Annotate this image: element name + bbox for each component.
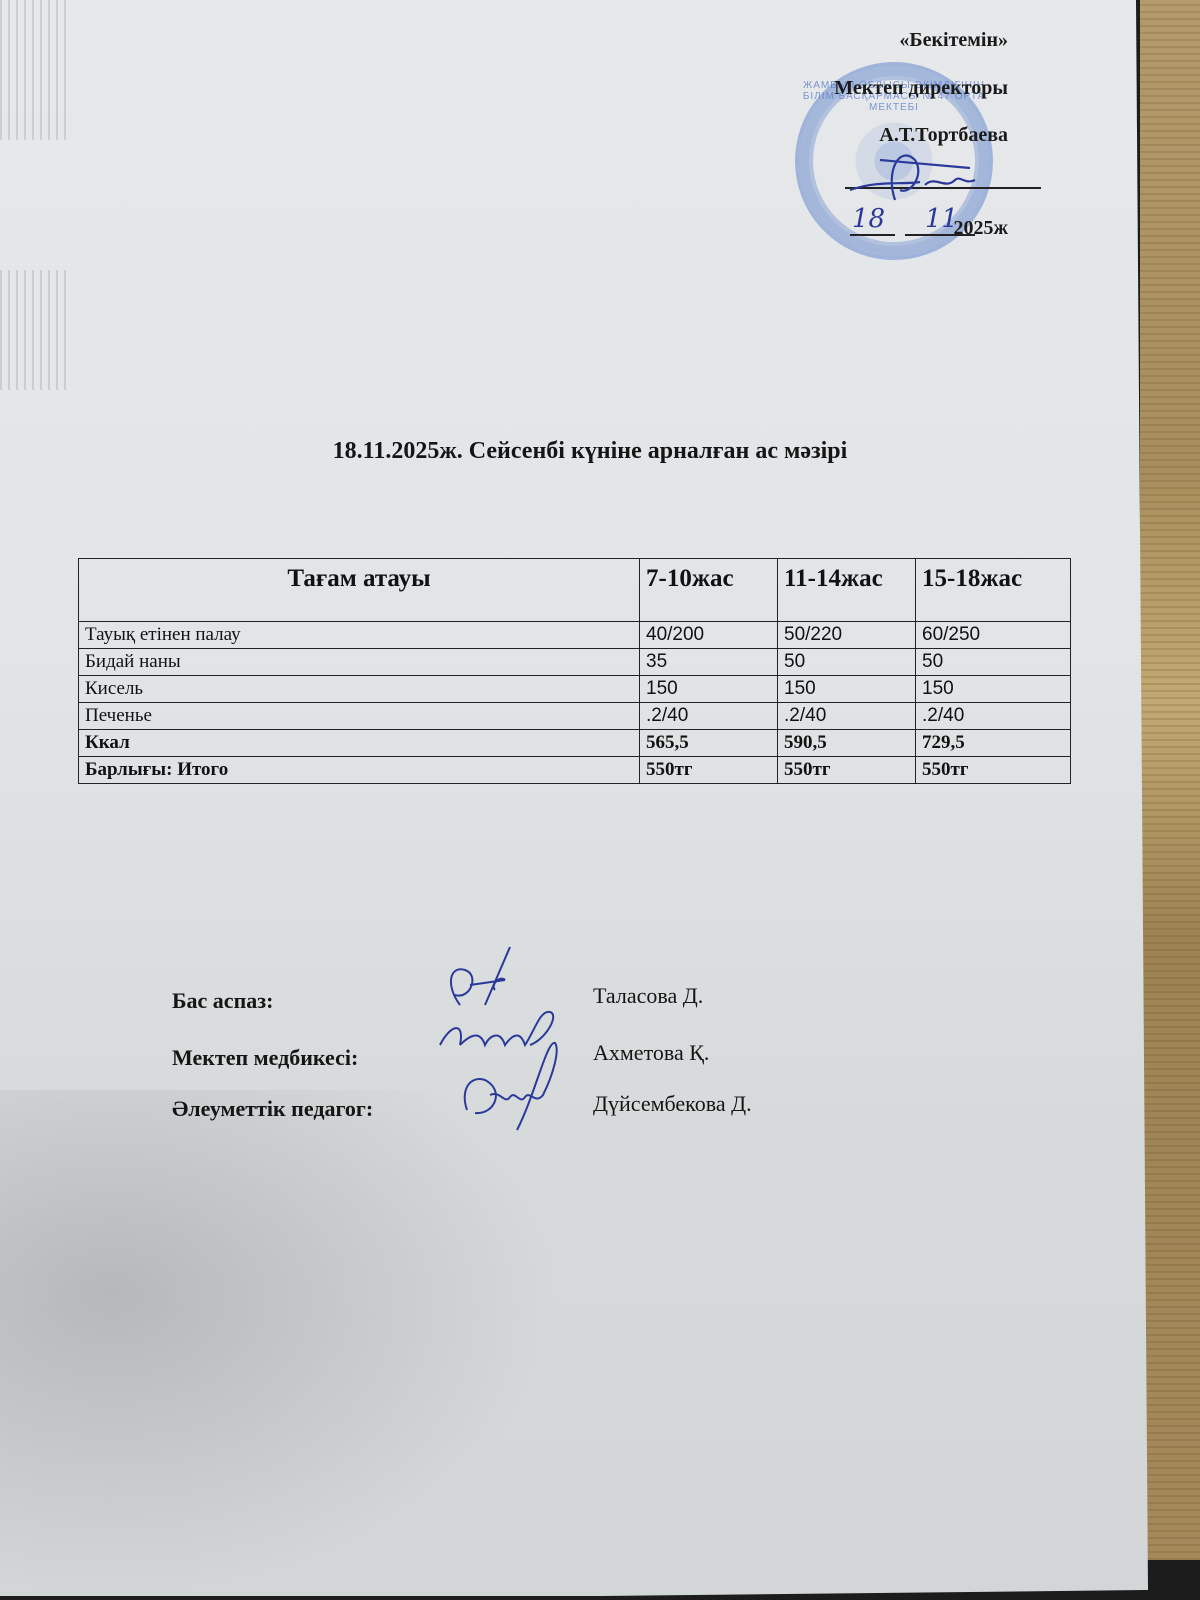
approval-heading: «Бекітемін» bbox=[899, 30, 1008, 50]
dish-name: Тауық етінен палау bbox=[79, 622, 640, 649]
dish-name: Печенье bbox=[79, 703, 640, 730]
kcal-15-18: 729,5 bbox=[916, 730, 1071, 757]
nurse-name: Ахметова Қ. bbox=[593, 1040, 709, 1066]
dish-name: Бидай наны bbox=[79, 649, 640, 676]
table-row-kcal: Ккал 565,5 590,5 729,5 bbox=[79, 730, 1071, 757]
signatory-school-nurse: Мектеп медбикесі: bbox=[172, 1045, 358, 1071]
table-row-total: Барлығы: Итого 550тг 550тг 550тг bbox=[79, 757, 1071, 784]
date-day: 18 bbox=[852, 204, 885, 234]
approver-position: Мектеп директоры bbox=[834, 78, 1008, 98]
portion-7-10: 150 bbox=[640, 676, 778, 703]
director-signature-icon bbox=[840, 140, 980, 210]
pedagogue-name: Дүйсембекова Д. bbox=[593, 1091, 752, 1117]
signatory-role: Бас аспаз: bbox=[172, 988, 273, 1013]
table-row: Бидай наны 35 50 50 bbox=[79, 649, 1071, 676]
portion-15-18: 150 bbox=[916, 676, 1071, 703]
page-title: 18.11.2025ж. Сейсенбі күніне арналған ас… bbox=[0, 438, 1180, 465]
table-header-row: Тағам атауы 7-10жас 11-14жас 15-18жас bbox=[79, 559, 1071, 622]
date-day-line bbox=[850, 234, 895, 236]
kcal-11-14: 590,5 bbox=[778, 730, 916, 757]
pedagogue-signature-icon bbox=[455, 1035, 575, 1135]
portion-7-10: .2/40 bbox=[640, 703, 778, 730]
portion-11-14: .2/40 bbox=[778, 703, 916, 730]
portion-15-18: 60/250 bbox=[916, 622, 1071, 649]
desk-surface bbox=[1140, 0, 1200, 1560]
portion-15-18: .2/40 bbox=[916, 703, 1071, 730]
signatory-social-pedagogue: Әлеуметтік педагог: bbox=[172, 1096, 373, 1122]
kcal-label: Ккал bbox=[79, 730, 640, 757]
scan-streak bbox=[0, 0, 70, 140]
signatory-head-cook: Бас аспаз: bbox=[172, 988, 273, 1014]
price-11-14: 550тг bbox=[778, 757, 916, 784]
portion-11-14: 150 bbox=[778, 676, 916, 703]
column-header-age-7-10: 7-10жас bbox=[640, 559, 778, 622]
column-header-age-15-18: 15-18жас bbox=[916, 559, 1071, 622]
table-row: Кисель 150 150 150 bbox=[79, 676, 1071, 703]
portion-7-10: 40/200 bbox=[640, 622, 778, 649]
price-15-18: 550тг bbox=[916, 757, 1071, 784]
document-page: ЖАМБЫЛ ОБЛЫСЫ ӘКІМДІГІНІҢ БІЛІМ БАСҚАРМА… bbox=[0, 0, 1148, 1596]
menu-table: Тағам атауы 7-10жас 11-14жас 15-18жас Та… bbox=[78, 558, 1071, 784]
portion-15-18: 50 bbox=[916, 649, 1071, 676]
price-7-10: 550тг bbox=[640, 757, 778, 784]
portion-11-14: 50/220 bbox=[778, 622, 916, 649]
total-label: Барлығы: Итого bbox=[79, 757, 640, 784]
table-row: Печенье .2/40 .2/40 .2/40 bbox=[79, 703, 1071, 730]
date-year: 2025ж bbox=[953, 218, 1008, 238]
portion-7-10: 35 bbox=[640, 649, 778, 676]
portion-11-14: 50 bbox=[778, 649, 916, 676]
column-header-age-11-14: 11-14жас bbox=[778, 559, 916, 622]
signatory-role: Мектеп медбикесі: bbox=[172, 1045, 358, 1070]
signatory-role: Әлеуметтік педагог: bbox=[172, 1096, 373, 1121]
table-row: Тауық етінен палау 40/200 50/220 60/250 bbox=[79, 622, 1071, 649]
shadow bbox=[0, 1090, 560, 1600]
kcal-7-10: 565,5 bbox=[640, 730, 778, 757]
head-cook-name: Таласова Д. bbox=[593, 983, 703, 1009]
scan-streak bbox=[0, 270, 70, 390]
column-header-dish: Тағам атауы bbox=[79, 559, 640, 622]
dish-name: Кисель bbox=[79, 676, 640, 703]
